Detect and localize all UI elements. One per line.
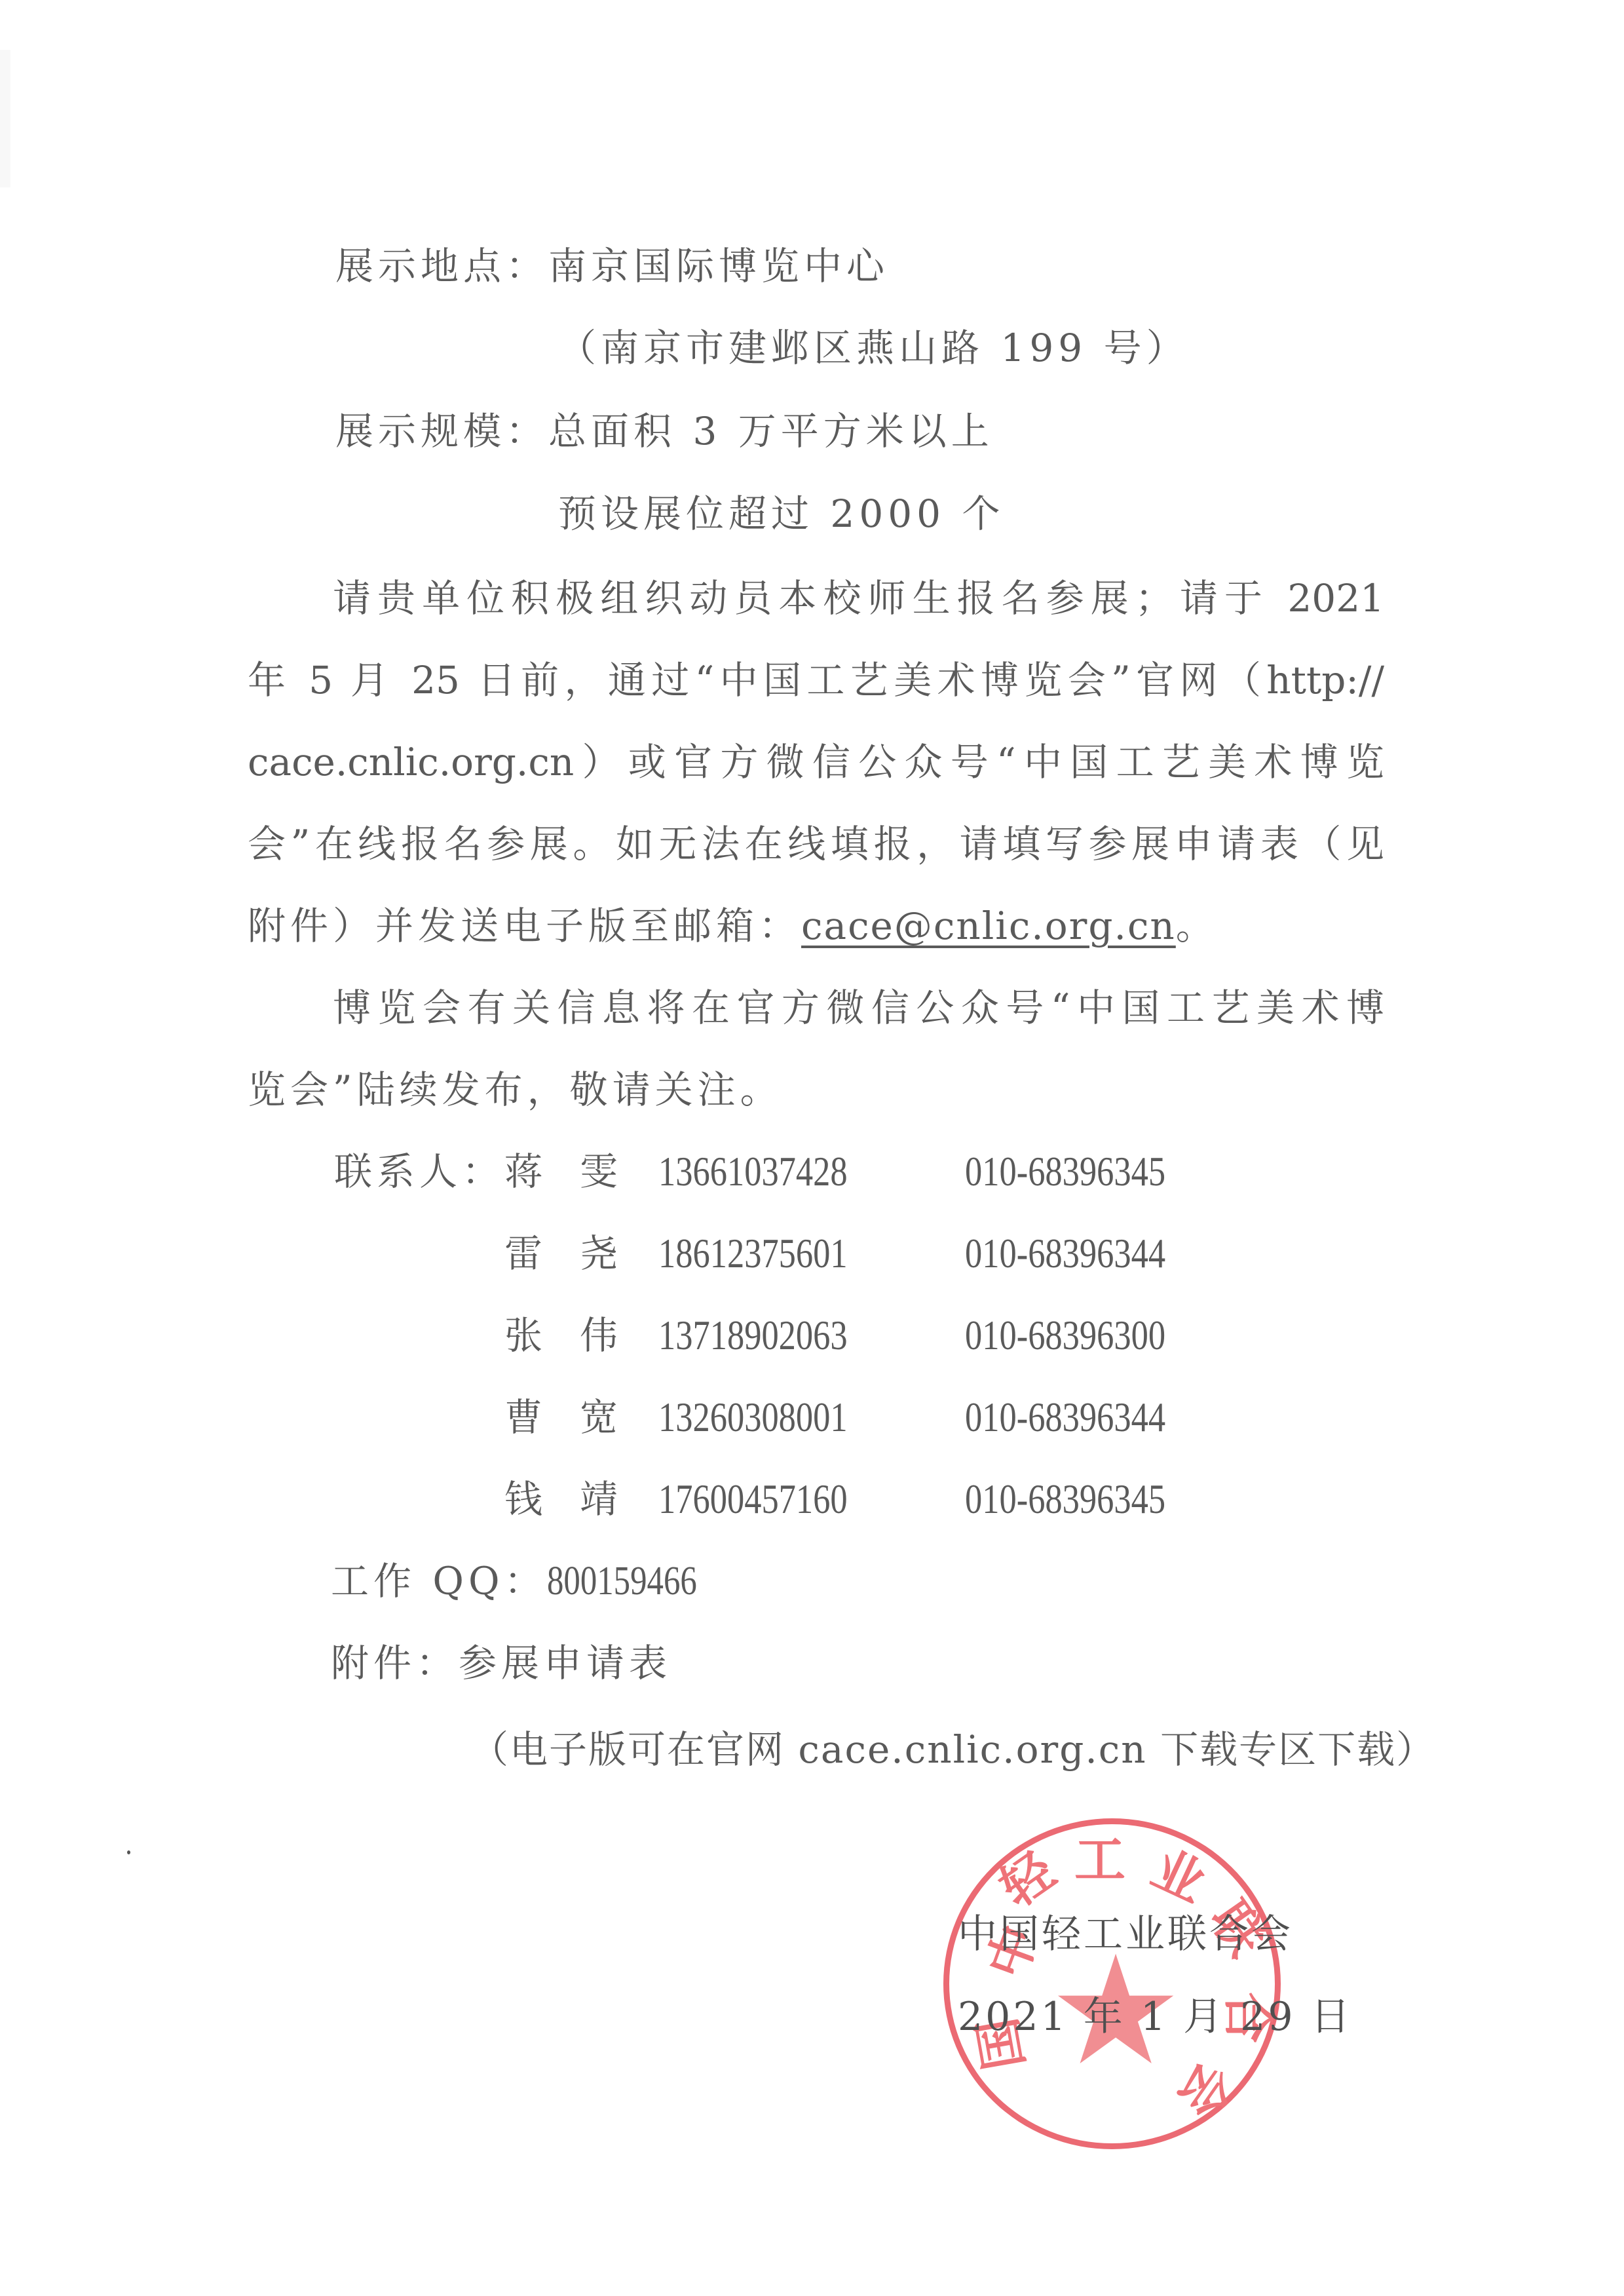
qq-label: 工作 QQ： [331,1559,547,1603]
contact-given-name: 宽 [580,1394,618,1441]
contact-surname: 钱 [504,1476,542,1523]
contact-mobile: 13661037428 [658,1148,848,1195]
registration-line-2: 年 5 月 25 日前，通过“中国工艺美术博览会”官网（http:// [248,657,1384,704]
scan-speck [127,1850,130,1854]
attachment-name[interactable]: 参展申请表 [459,1641,671,1685]
notice-line-1: 博览会有关信息将在官方微信公众号“中国工艺美术博 [248,984,1384,1031]
contact-surname: 张 [504,1312,542,1359]
contact-landline: 010-68396300 [965,1312,1165,1359]
contact-given-name: 尧 [580,1230,618,1277]
contact-row: 曹 宽 13260308001 010-68396344 [0,1394,1624,1441]
email-prefix: 附件）并发送电子版至邮箱： [248,904,801,948]
registration-line-4: 会”在线报名参展。如无法在线填报，请填写参展申请表（见 [248,820,1384,868]
scale-booths: 预设展位超过 2000 个 [558,490,1004,537]
contact-mobile: 18612375601 [658,1230,848,1277]
venue-row: 展示地点：南京国际博览中心 [335,242,889,290]
registration-line-5: 附件）并发送电子版至邮箱：cace@cnlic.org.cn。 [248,902,1218,949]
attachment-row: 附件：参展申请表 [331,1639,671,1687]
venue-address: （南京市建邺区燕山路 199 号） [558,324,1189,372]
venue-label: 展示地点： [335,244,548,288]
contact-landline: 010-68396345 [965,1476,1165,1523]
contact-surname: 蒋 [504,1148,542,1195]
contact-landline: 010-68396345 [965,1148,1165,1195]
attachment-label: 附件： [331,1641,459,1685]
contact-mobile: 13260308001 [658,1394,848,1441]
venue-name: 南京国际博览中心 [548,244,889,288]
registration-line-1: 请贵单位积极组织动员本校师生报名参展；请于 2021 [248,575,1384,622]
contact-landline: 010-68396344 [965,1394,1165,1441]
seal-char: 工 [1074,1835,1125,1886]
scale-row: 展示规模：总面积 3 万平方米以上 [335,408,994,455]
qq-number: 800159466 [547,1558,697,1605]
contact-surname: 曹 [504,1394,542,1441]
contact-surname: 雷 [504,1230,542,1277]
contact-row: 张 伟 13718902063 010-68396300 [0,1312,1624,1359]
email-suffix: 。 [1176,904,1218,948]
contact-row: 蒋 雯 13661037428 010-68396345 [0,1148,1624,1195]
contact-row: 雷 尧 18612375601 010-68396344 [0,1230,1624,1277]
contact-landline: 010-68396344 [965,1230,1165,1277]
contact-given-name: 雯 [580,1148,618,1195]
notice-line-2: 览会”陆续发布，敬请关注。 [248,1066,783,1113]
contact-given-name: 靖 [580,1476,618,1523]
attachment-note: （电子版可在官网 cace.cnlic.org.cn 下载专区下载） [470,1726,1435,1773]
contact-mobile: 17600457160 [658,1476,848,1523]
scale-label: 展示规模： [335,409,548,453]
page-edge-shadow [0,50,10,187]
email-link[interactable]: cace@cnlic.org.cn [801,904,1176,948]
contact-row: 钱 靖 17600457160 010-68396345 [0,1476,1624,1523]
contact-given-name: 伟 [580,1312,618,1359]
signature-date: 2021 年 1 月 29 日 [958,1993,1353,2040]
scale-area: 总面积 3 万平方米以上 [548,409,994,453]
signature-organization: 中国轻工业联合会 [958,1911,1293,1958]
contact-mobile: 13718902063 [658,1312,848,1359]
qq-row: 工作 QQ：800159466 [331,1558,730,1605]
registration-line-3: cace.cnlic.org.cn）或官方微信公众号“中国工艺美术博览 [248,738,1384,786]
